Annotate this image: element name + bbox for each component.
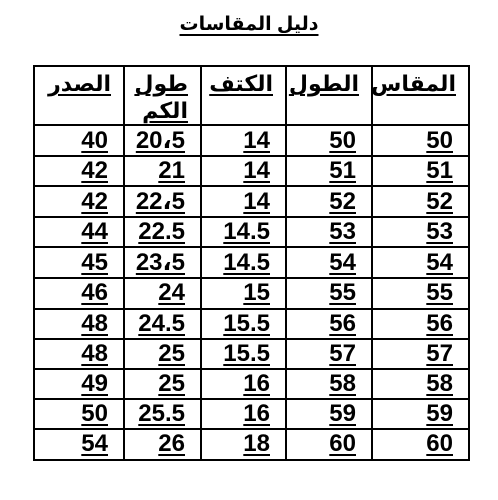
cell-sleeve-length: 25	[124, 369, 201, 399]
cell-shoulder: 15.5	[201, 309, 286, 339]
cell-chest: 40	[34, 125, 124, 156]
column-header-sleeve-length: طول الكم	[124, 66, 201, 125]
cell-length: 50	[286, 125, 372, 156]
cell-sleeve-length: 24.5	[124, 309, 201, 339]
table-row: 53 53 14.5 22.5 44	[34, 217, 469, 247]
cell-sleeve-length: 22،5	[124, 186, 201, 217]
cell-size: 53	[372, 217, 469, 247]
cell-shoulder: 18	[201, 429, 286, 459]
cell-chest: 48	[34, 339, 124, 369]
cell-shoulder: 14.5	[201, 247, 286, 278]
cell-length: 52	[286, 186, 372, 217]
cell-length: 53	[286, 217, 372, 247]
cell-chest: 46	[34, 278, 124, 308]
table-row: 58 58 16 25 49	[34, 369, 469, 399]
cell-size: 60	[372, 429, 469, 459]
cell-sleeve-length: 24	[124, 278, 201, 308]
table-row: 52 52 14 22،5 42	[34, 186, 469, 217]
cell-chest: 44	[34, 217, 124, 247]
cell-size: 50	[372, 125, 469, 156]
cell-length: 56	[286, 309, 372, 339]
cell-sleeve-length: 23،5	[124, 247, 201, 278]
cell-shoulder: 14	[201, 156, 286, 186]
cell-size: 58	[372, 369, 469, 399]
cell-sleeve-length: 26	[124, 429, 201, 459]
cell-sleeve-length: 25.5	[124, 399, 201, 429]
cell-sleeve-length: 25	[124, 339, 201, 369]
cell-length: 51	[286, 156, 372, 186]
cell-chest: 49	[34, 369, 124, 399]
cell-shoulder: 15.5	[201, 339, 286, 369]
table-row: 54 54 14.5 23،5 45	[34, 247, 469, 278]
cell-sleeve-length: 22.5	[124, 217, 201, 247]
table-row: 51 51 14 21 42	[34, 156, 469, 186]
cell-shoulder: 16	[201, 399, 286, 429]
cell-chest: 54	[34, 429, 124, 459]
cell-chest: 42	[34, 186, 124, 217]
header-row: المقاس الطول الكتف طول الكم الصدر	[34, 66, 469, 125]
cell-length: 58	[286, 369, 372, 399]
column-header-chest: الصدر	[34, 66, 124, 125]
cell-length: 57	[286, 339, 372, 369]
cell-size: 52	[372, 186, 469, 217]
table-row: 60 60 18 26 54	[34, 429, 469, 459]
cell-chest: 50	[34, 399, 124, 429]
cell-size: 56	[372, 309, 469, 339]
cell-shoulder: 14	[201, 186, 286, 217]
cell-chest: 48	[34, 309, 124, 339]
column-header-length: الطول	[286, 66, 372, 125]
cell-size: 55	[372, 278, 469, 308]
cell-length: 55	[286, 278, 372, 308]
table-row: 50 50 14 20،5 40	[34, 125, 469, 156]
cell-sleeve-length: 21	[124, 156, 201, 186]
cell-shoulder: 16	[201, 369, 286, 399]
cell-sleeve-length: 20،5	[124, 125, 201, 156]
size-guide-table: المقاس الطول الكتف طول الكم الصدر 50 50 …	[33, 65, 470, 461]
cell-size: 59	[372, 399, 469, 429]
cell-length: 60	[286, 429, 372, 459]
page-title: دليل المقاسات	[0, 13, 498, 36]
cell-chest: 45	[34, 247, 124, 278]
cell-shoulder: 14	[201, 125, 286, 156]
cell-shoulder: 15	[201, 278, 286, 308]
table-row: 56 56 15.5 24.5 48	[34, 309, 469, 339]
column-header-size: المقاس	[372, 66, 469, 125]
table-row: 57 57 15.5 25 48	[34, 339, 469, 369]
cell-shoulder: 14.5	[201, 217, 286, 247]
cell-size: 57	[372, 339, 469, 369]
cell-chest: 42	[34, 156, 124, 186]
cell-length: 54	[286, 247, 372, 278]
column-header-shoulder: الكتف	[201, 66, 286, 125]
cell-size: 51	[372, 156, 469, 186]
table-row: 55 55 15 24 46	[34, 278, 469, 308]
table-row: 59 59 16 25.5 50	[34, 399, 469, 429]
cell-length: 59	[286, 399, 372, 429]
cell-size: 54	[372, 247, 469, 278]
